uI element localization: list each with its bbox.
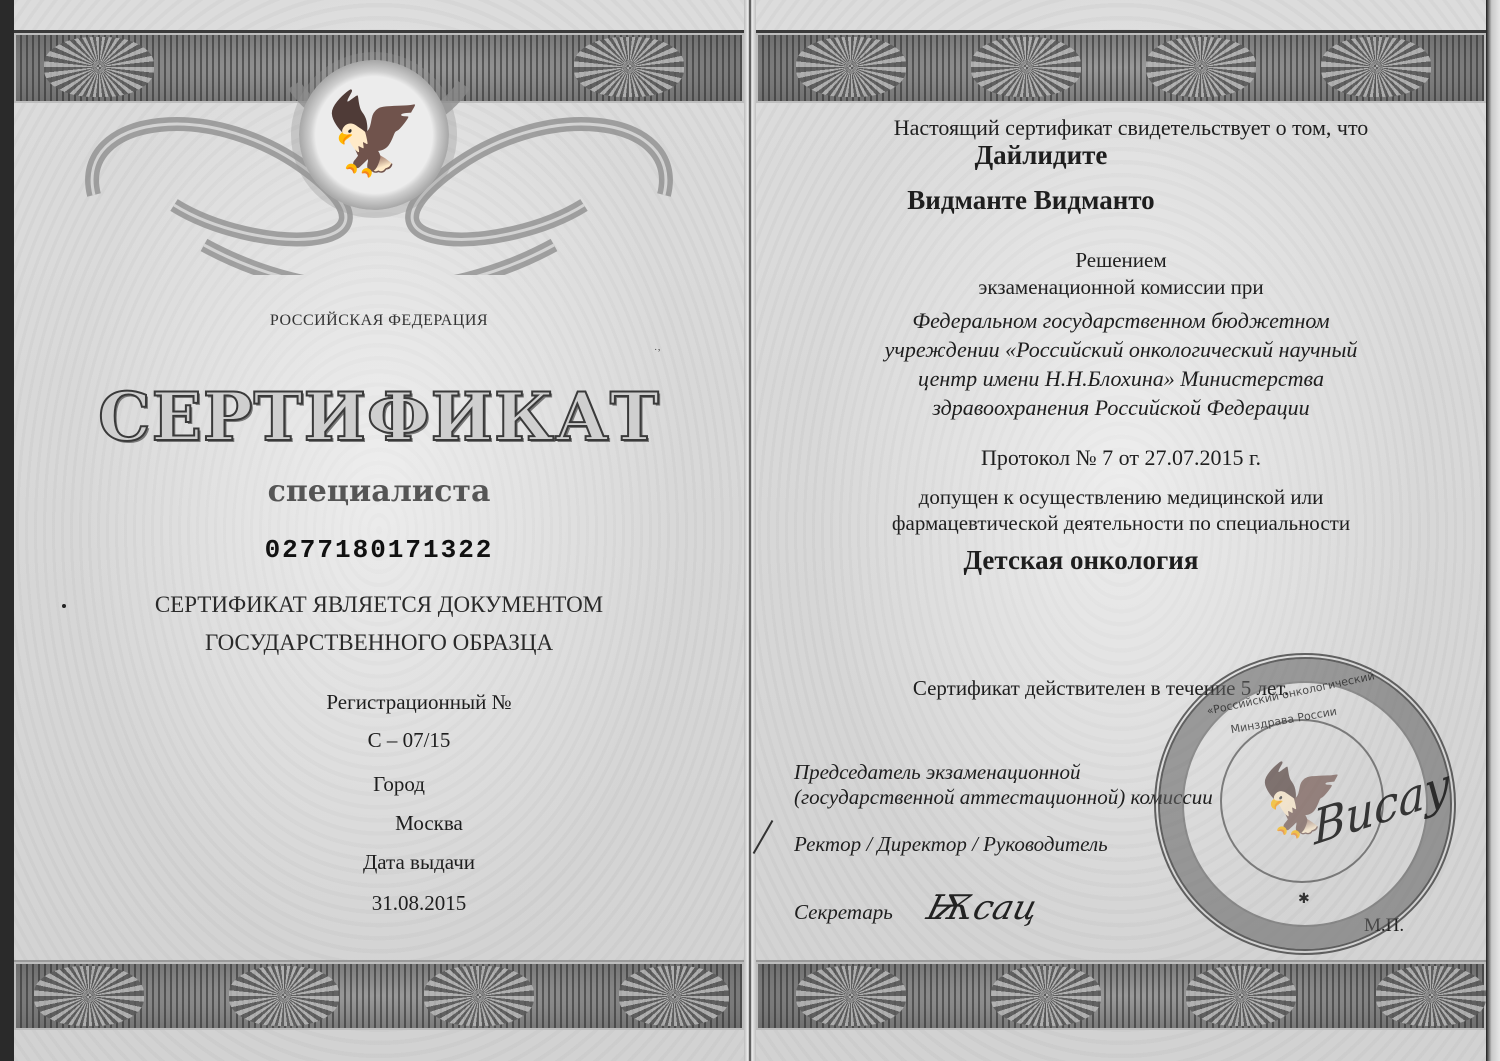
certificate-number: 0277180171322 [14,535,744,565]
scan-speck: ˙ʼ [654,348,661,359]
state-document-line-2: ГОСУДАРСТВЕННОГО ОБРАЗЦА [14,630,744,656]
ornament-rosette [1321,37,1431,97]
ornament-rosette [229,966,339,1026]
admitted-text: допущен к осуществлению медицинской или … [756,484,1486,536]
institution-line: центр имени Н.Н.Блохина» Министерства [756,364,1486,393]
registration-label: Регистрационный № [54,690,784,715]
commission-label: экзаменационной комиссии при [756,275,1486,300]
ornament-rosette [796,37,906,97]
holder-given-names: Видманте Видманто [666,185,1396,216]
ornament-rosette [971,37,1081,97]
coat-of-arms-emblem: 🦅 [299,60,449,210]
state-document-line-1: СЕРТИФИКАТ ЯВЛЯЕТСЯ ДОКУМЕНТОМ [14,592,744,618]
certificate-left-page: 🦅 РОССИЙСКАЯ ФЕДЕРАЦИЯ СЕРТИФИКАТ специа… [14,0,744,1061]
ornament-rosette [1376,966,1486,1026]
protocol-text: Протокол № 7 от 27.07.2015 г. [756,445,1486,471]
stamp-ring-text: «Российский онкологический [1206,669,1376,717]
intro-text: Настоящий сертификат свидетельствует о т… [766,115,1496,141]
ornament-rosette [796,966,906,1026]
holder-surname: Дайлидите [676,140,1406,171]
registration-value: С – 07/15 [44,728,774,753]
booklet-edge [1486,0,1500,1061]
chairman-title-line-1: Председатель экзаменационной [794,760,1080,785]
pen-stroke [753,820,774,854]
institution-name: Федеральном государственном бюджетном уч… [756,306,1486,422]
bottom-ornament-band [756,960,1486,1030]
ornament-rosette [1186,966,1296,1026]
ornament-rosette [1146,37,1256,97]
chairman-title-line-2: (государственной аттестационной) комисси… [794,785,1213,810]
certificate-subtitle: специалиста [14,474,744,509]
city-value: Москва [64,811,794,836]
top-ornament-band [756,30,1486,103]
rector-title: Ректор / Директор / Руководитель [794,832,1108,857]
ornament-rosette [619,966,729,1026]
secretary-label: Секретарь [794,900,893,925]
bottom-ornament-band [14,960,744,1030]
ornament-rosette [34,966,144,1026]
certificate-title: СЕРТИФИКАТ [14,378,744,456]
institution-line: здравоохранения Российской Федерации [756,393,1486,422]
admitted-line: допущен к осуществлению медицинской или [756,484,1486,510]
city-label: Город [34,772,764,797]
issue-date-value: 31.08.2015 [54,891,784,916]
ornament-rosette [991,966,1101,1026]
secretary-signature: Ѭсац [923,888,1043,928]
decision-label: Решением [756,248,1486,273]
ornament-rosette [424,966,534,1026]
specialty-name: Детская онкология [716,545,1446,576]
official-seal-stamp: «Российский онкологический Минздрава Рос… [1154,653,1456,955]
double-headed-eagle-icon: 🦅 [324,95,424,175]
institution-line: учреждении «Российский онкологический на… [756,335,1486,364]
institution-line: Федеральном государственном бюджетном [756,306,1486,335]
country-name: РОССИЙСКАЯ ФЕДЕРАЦИЯ [14,312,744,330]
certificate-right-page: Настоящий сертификат свидетельствует о т… [756,0,1486,1061]
admitted-line: фармацевтической деятельности по специал… [756,510,1486,536]
issue-date-label: Дата выдачи [54,850,784,875]
star-icon: ✱ [1298,891,1310,908]
